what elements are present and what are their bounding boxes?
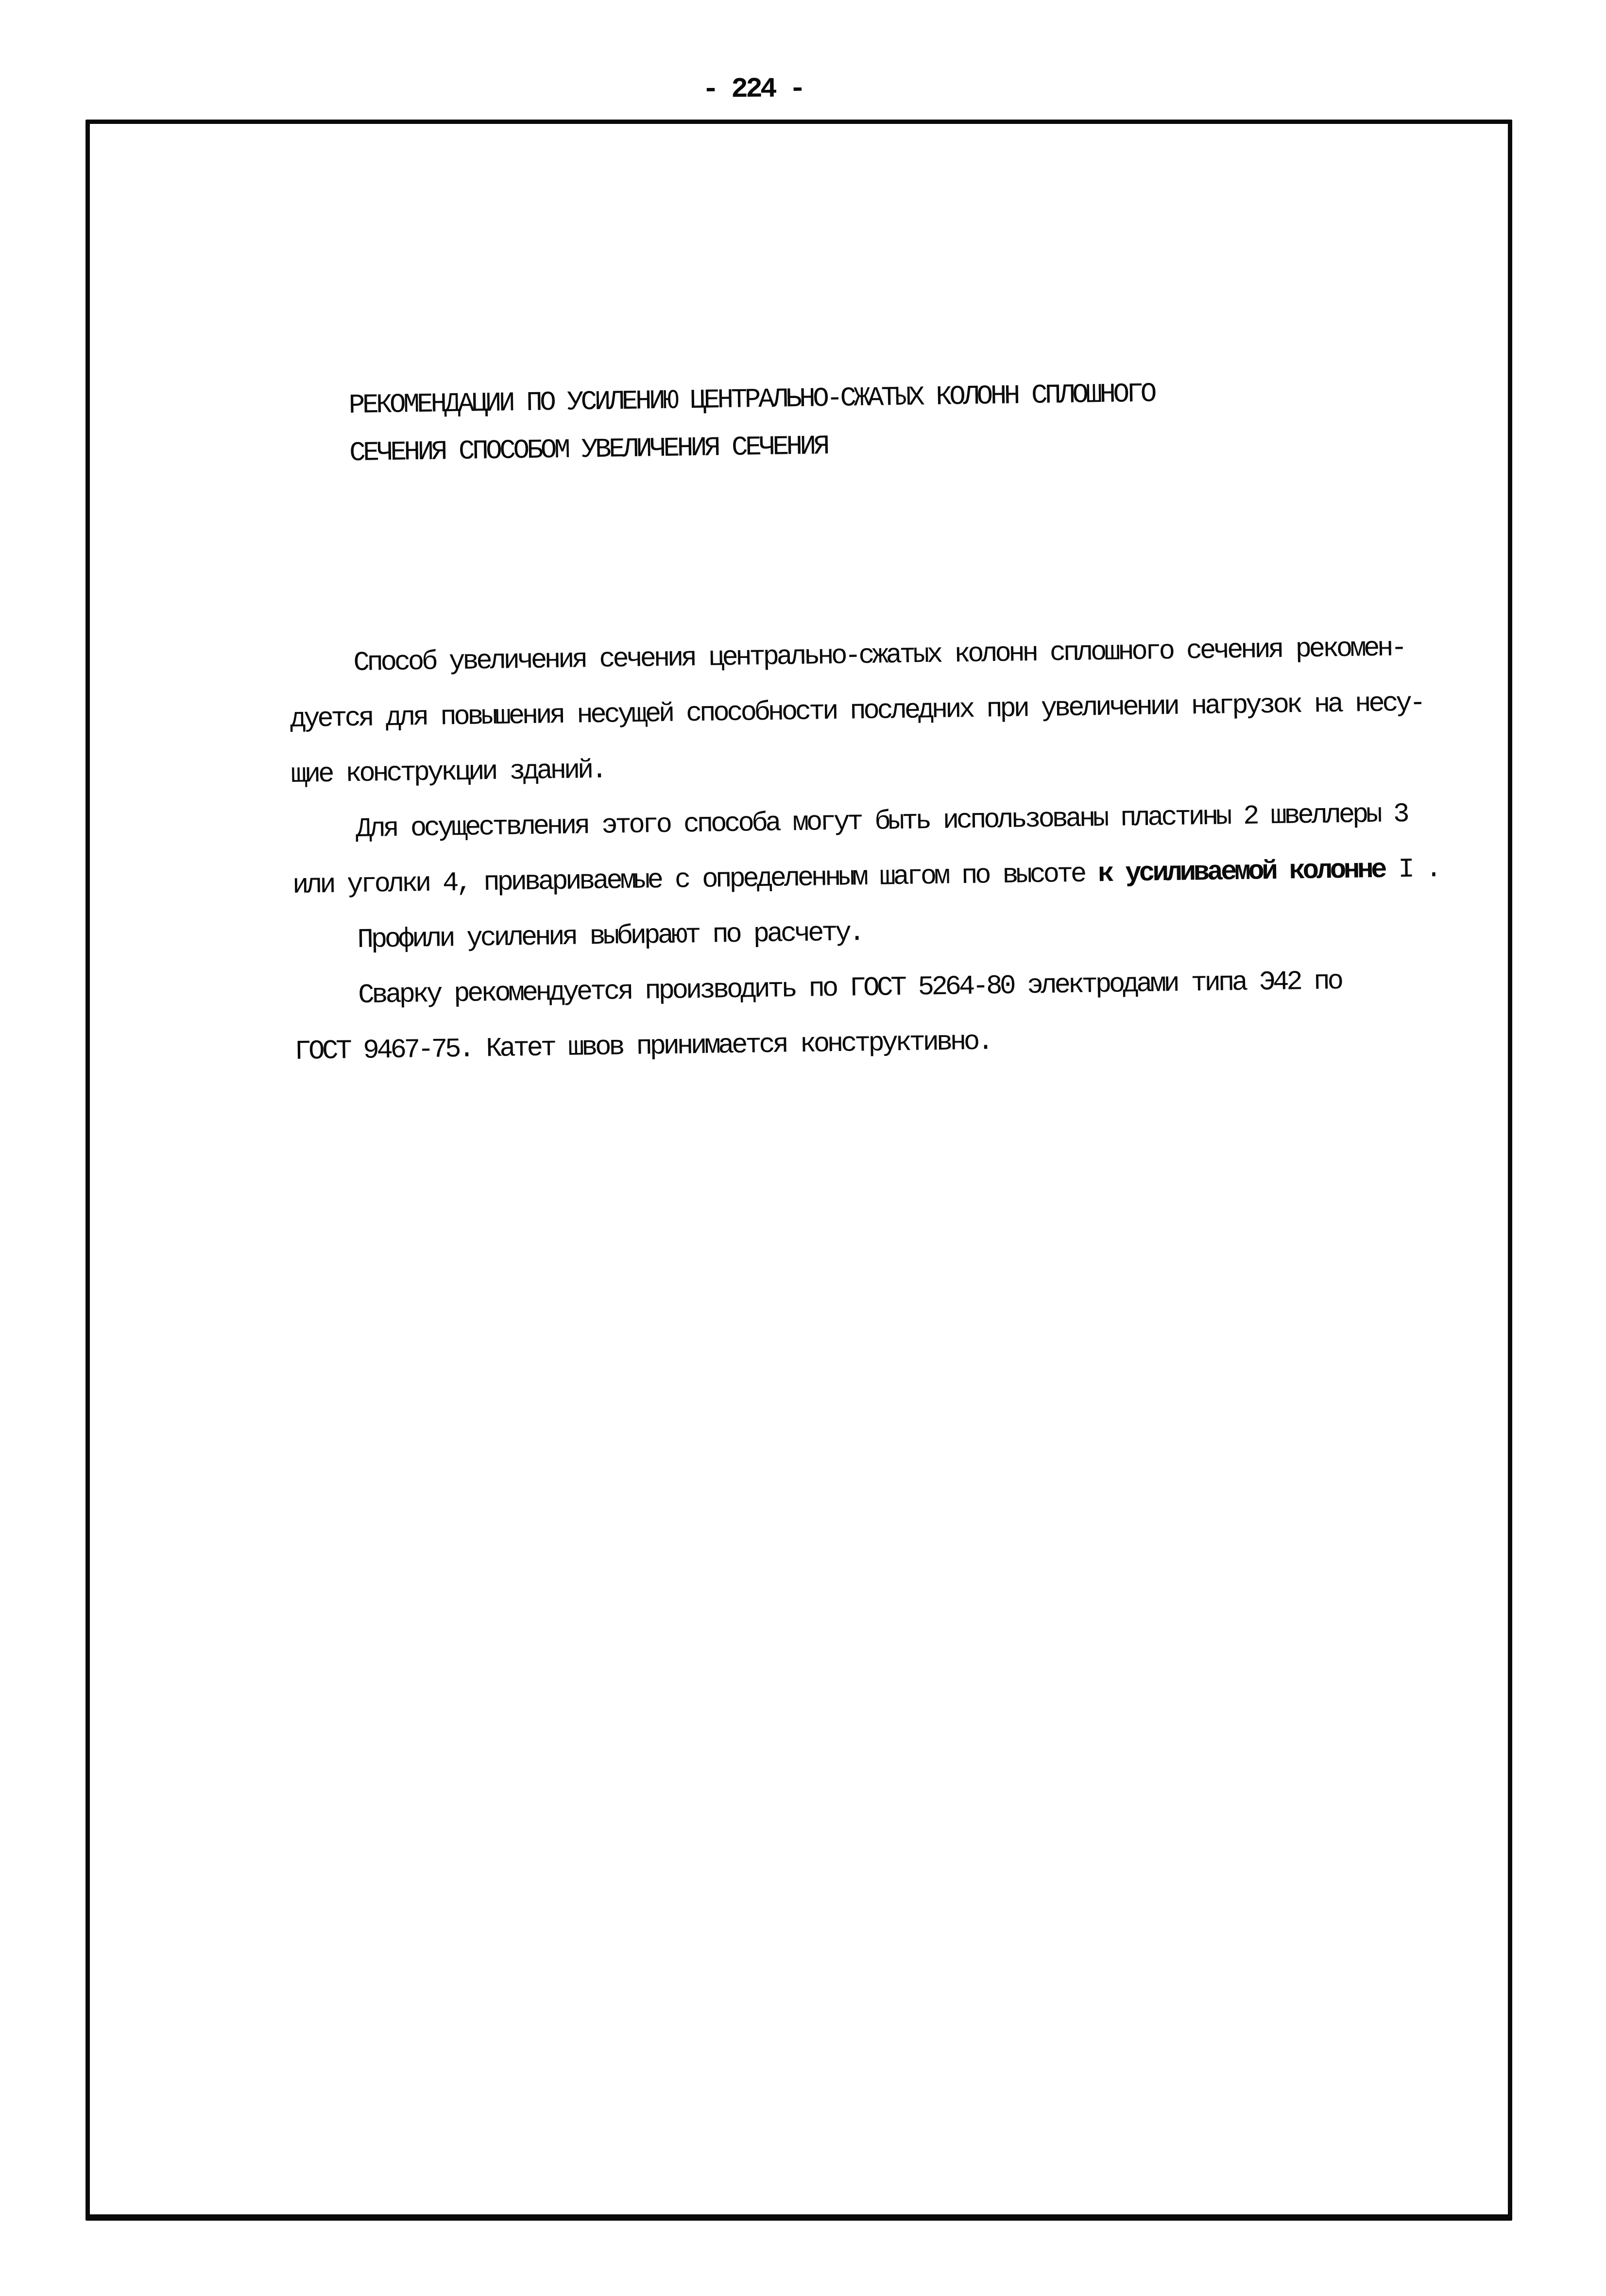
page-number: - 224 - <box>651 73 855 106</box>
document-page: - 224 - РЕКОМЕНДАЦИИ ПО УСИЛЕНИЮ ЦЕНТРАЛ… <box>0 0 1606 2296</box>
heading-line-2: СЕЧЕНИЯ СПОСОБОМ УВЕЛИЧЕНИЯ СЕЧЕНИЯ <box>349 431 827 468</box>
paragraph-3-line-1: Профили усиления выбирают по расчету. <box>357 917 863 955</box>
paragraph-4-line-2: ГОСТ 9467-75. Катет швов принимается кон… <box>294 1026 991 1067</box>
paragraph-1-line-3: щие конструкции зданий. <box>290 755 605 790</box>
paragraph-4-line-1: Сварку рекомендуется производить по ГОСТ… <box>358 966 1341 1010</box>
paragraph-2-line-2: или уголки 4, привариваемые с определенн… <box>292 854 1440 900</box>
paragraph-2-line-2-pre: или уголки 4, привариваемые с определенн… <box>292 858 1098 901</box>
paragraph-2-line-1: Для осуществления этого способа могут бы… <box>356 799 1407 844</box>
paragraph-2-line-2-bold-phrase: к усиливаемой колонне <box>1098 854 1385 889</box>
paragraph-1-line-1: Способ увеличения сечения центрально-сжа… <box>353 633 1405 678</box>
paragraph-2-line-2-post: I . <box>1384 853 1439 885</box>
text-block: РЕКОМЕНДАЦИИ ПО УСИЛЕНИЮ ЦЕНТРАЛЬНО-СЖАТ… <box>285 375 1461 1120</box>
scanned-document-screenshot: { "page": { "number_label": "- 224 -" },… <box>0 0 1606 2296</box>
paragraph-1-line-2: дуется для повышения несущей способности… <box>290 688 1423 734</box>
